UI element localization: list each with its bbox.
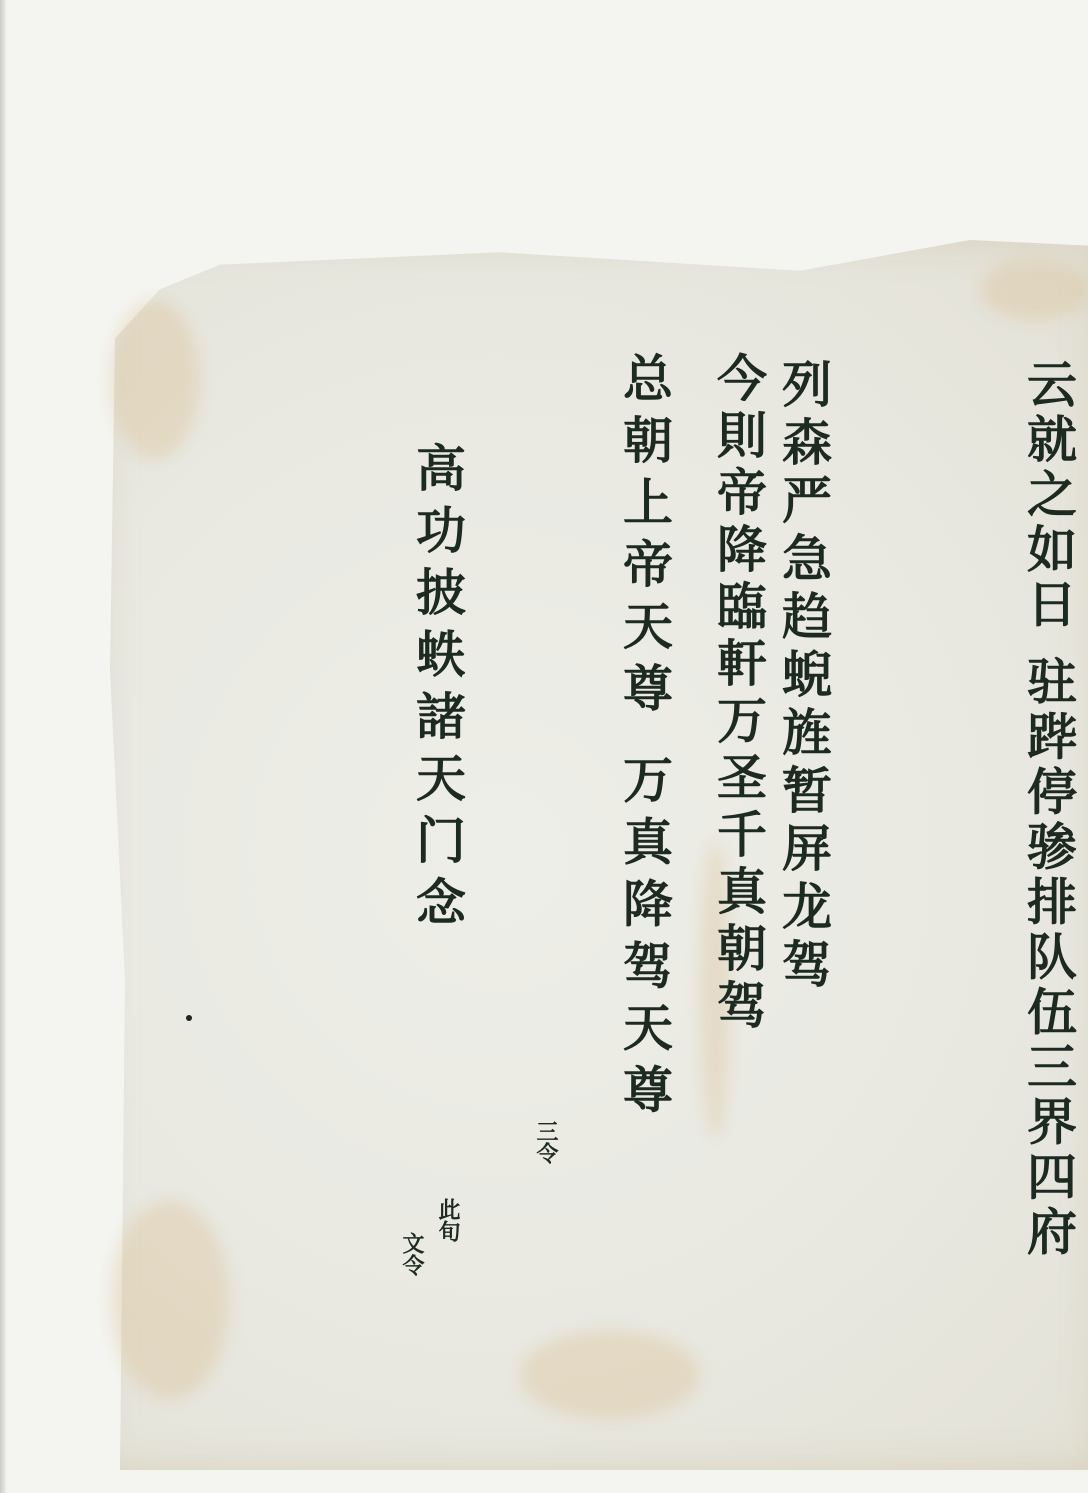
ink-dot	[186, 1015, 192, 1021]
note-text: 此旬	[436, 1198, 460, 1242]
annotation-note-left: 文令	[388, 1232, 436, 1276]
paper-stain	[520, 1330, 700, 1420]
column-text: 高功披蛈諸天门念	[408, 442, 466, 938]
paper-stain	[110, 1200, 230, 1400]
note-text: 三令	[534, 1120, 558, 1164]
annotation-note: 三令	[522, 1120, 570, 1164]
scan-edge	[0, 0, 6, 1493]
paper-stain	[980, 260, 1088, 320]
note-text: 文令	[400, 1232, 424, 1276]
paper-stain	[110, 300, 200, 460]
text-column-9: 高功披蛈諸天门念	[205, 442, 669, 938]
